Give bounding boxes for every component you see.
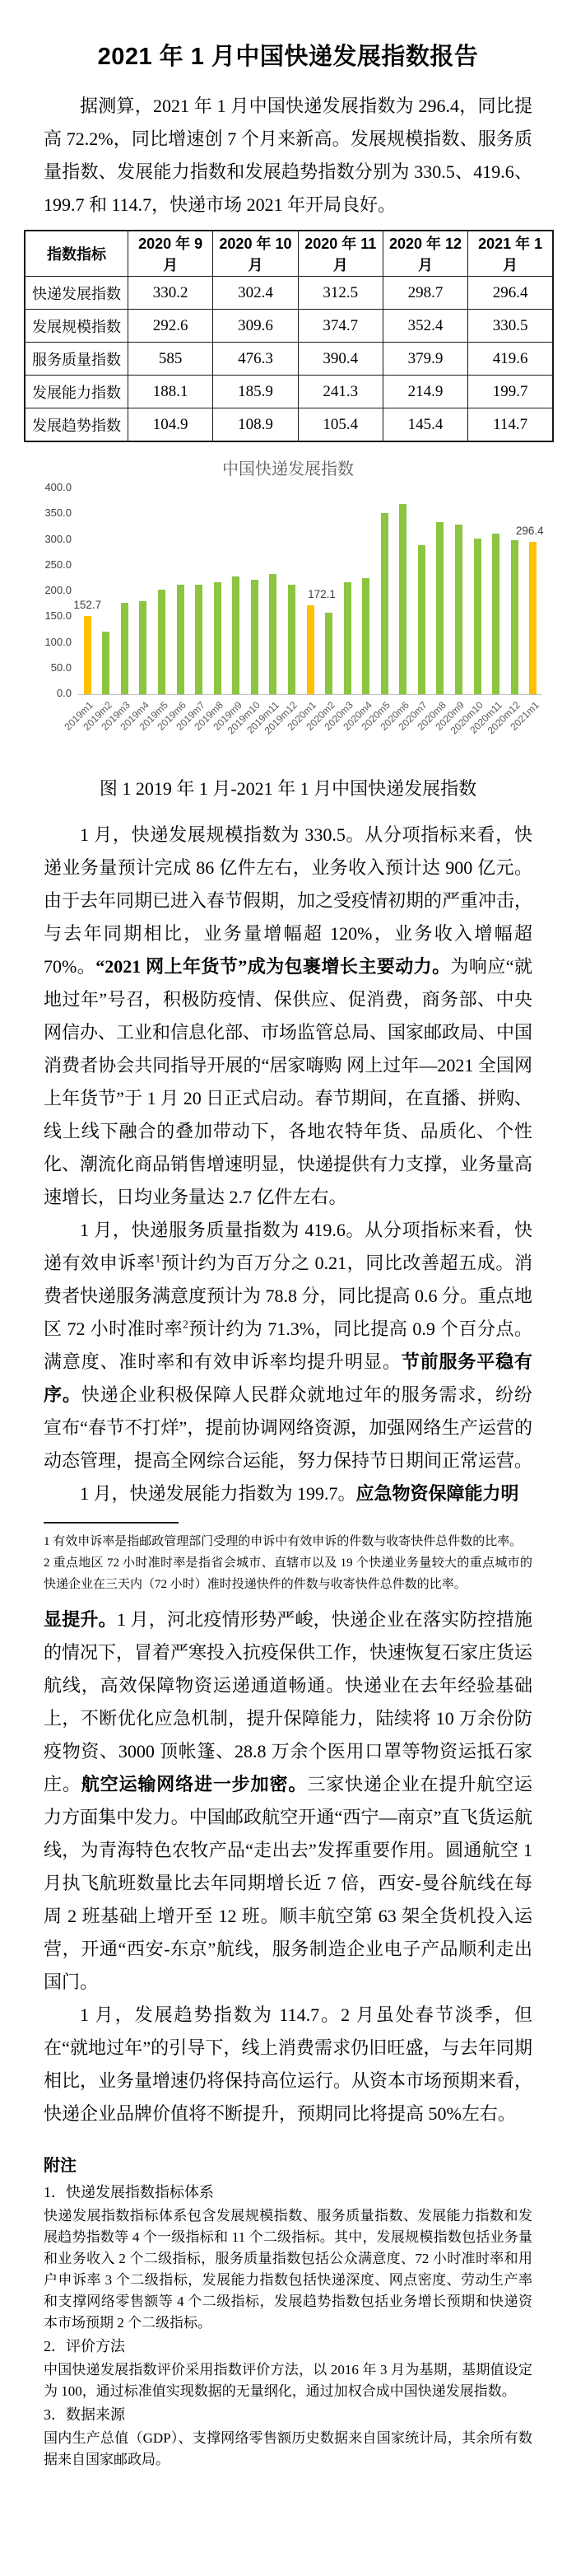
- chart-bar: [381, 513, 388, 694]
- notes-section: 附注 1．快递发展指数指标体系快递发展指数指标体系包含发展规模指数、服务质量指数…: [44, 2152, 532, 2471]
- table-header-cell: 2020 年 10 月: [213, 231, 298, 277]
- footnotes-block: 1 有效申诉率是指邮政管理部门受理的申诉中有效申诉的件数与收寄快件总件数的比率。…: [44, 1522, 532, 1595]
- table-cell: 214.9: [383, 376, 467, 408]
- bold-text: 应急物资保障能力明: [356, 1483, 519, 1504]
- table-cell: 309.6: [213, 310, 298, 343]
- table-cell: 292.6: [128, 310, 213, 343]
- table-row: 快递发展指数330.2302.4312.5298.7296.4: [25, 277, 553, 310]
- table-cell: 145.4: [383, 408, 467, 442]
- chart-bar: [511, 540, 518, 694]
- row-label: 服务质量指数: [25, 343, 128, 376]
- table-header-cell: 2020 年 11 月: [298, 231, 383, 277]
- y-axis-label: 50.0: [24, 661, 72, 674]
- bar-data-label: 152.7: [61, 599, 114, 611]
- figure-caption: 图 1 2019 年 1 月-2021 年 1 月中国快递发展指数: [24, 775, 552, 800]
- note-heading: 2．评价方法: [44, 2334, 532, 2359]
- table-cell: 199.7: [468, 376, 553, 408]
- table-cell: 476.3: [213, 343, 298, 376]
- table-header-cell: 2021 年 1 月: [468, 231, 553, 277]
- bold-text: “2021 网上年货节”成为包裹增长主要动力。: [95, 956, 450, 977]
- note-body: 快递发展指数指标体系包含发展规模指数、服务质量指数、发展能力指数和发展趋势指数等…: [44, 2205, 532, 2334]
- table-cell: 330.2: [128, 277, 213, 310]
- y-axis-label: 250.0: [24, 558, 72, 571]
- paragraph-capability-lead: 1 月，快递发展能力指数为 199.7。应急物资保障能力明: [44, 1477, 532, 1510]
- chart-bar: [474, 539, 481, 694]
- y-axis-label: 200.0: [24, 584, 72, 596]
- table-cell: 390.4: [298, 343, 383, 376]
- table-cell: 379.9: [383, 343, 467, 376]
- table-cell: 114.7: [468, 408, 553, 442]
- paragraph-trend: 1 月，发展趋势指数为 114.7。2 月虽处春节淡季，但在“就地过年”的引导下…: [44, 1999, 532, 2130]
- chart-bar: [177, 585, 184, 694]
- table-header-cell: 2020 年 9 月: [128, 231, 213, 277]
- y-axis-label: 350.0: [24, 506, 72, 519]
- chart-bar: [84, 616, 91, 694]
- note-heading: 3．数据来源: [44, 2402, 532, 2428]
- chart-bar: [529, 542, 537, 694]
- table-cell: 302.4: [213, 277, 298, 310]
- footnote-separator: [44, 1522, 179, 1524]
- bar-data-label: 172.1: [295, 588, 348, 600]
- report-content: 2021 年 1 月中国快递发展指数报告 据测算，2021 年 1 月中国快递发…: [0, 0, 576, 2471]
- chart-bar: [121, 603, 128, 694]
- table-cell: 296.4: [468, 277, 553, 310]
- table-cell: 188.1: [128, 376, 213, 408]
- text: 1 月，发展趋势指数为 114.7。2 月虽处春节淡季，但在“就地过年”的引导下…: [44, 2004, 532, 2124]
- x-axis-line: [78, 694, 542, 695]
- table-body: 快递发展指数330.2302.4312.5298.7296.4发展规模指数292…: [25, 277, 553, 442]
- y-axis-label: 400.0: [24, 481, 72, 493]
- notes-list: 1．快递发展指数指标体系快递发展指数指标体系包含发展规模指数、服务质量指数、发展…: [44, 2180, 532, 2471]
- chart-bar: [195, 585, 202, 694]
- chart-title: 中国快递发展指数: [24, 455, 552, 479]
- chart-bar: [325, 613, 332, 694]
- table-cell: 374.7: [298, 310, 383, 343]
- notes-title: 附注: [44, 2152, 532, 2180]
- text: 三家快递企业在提升航空运力方面集中发力。中国邮政航空开通“西宁—南京”直飞货运航…: [44, 1774, 532, 1992]
- paragraph-capability-rest: 显提升。1 月，河北疫情形势严峻，快递企业在落实防控措施的情况下，冒着严寒投入抗…: [44, 1603, 532, 1999]
- text: 为响应“就地过年”号召，积极防疫情、保供应、促消费，商务部、中央网信办、工业和信…: [44, 956, 532, 1207]
- text: 据测算，2021 年 1 月中国快递发展指数为 296.4，同比提高 72.2%…: [44, 96, 532, 215]
- row-label: 发展规模指数: [25, 310, 128, 343]
- chart-bar: [158, 590, 165, 694]
- bold-text: 航空运输网络进一步加密。: [81, 1774, 308, 1794]
- table-row: 发展能力指数188.1185.9241.3214.9199.7: [25, 376, 553, 408]
- chart-bar: [344, 582, 351, 694]
- footnote-list: 1 有效申诉率是指邮政管理部门受理的申诉中有效申诉的件数与收寄快件总件数的比率。…: [44, 1531, 532, 1595]
- table-cell: 419.6: [468, 343, 553, 376]
- table-row: 发展趋势指数104.9108.9105.4145.4114.7: [25, 408, 553, 442]
- paragraph-scale: 1 月，快递发展规模指数为 330.5。从分项指标来看，快递业务量预计完成 86…: [44, 819, 532, 1214]
- bar-chart: 中国快递发展指数 0.050.0100.0150.0200.0250.0300.…: [24, 449, 552, 763]
- report-page: 2021 年 1 月中国快递发展指数报告 据测算，2021 年 1 月中国快递发…: [0, 0, 576, 2576]
- table-cell: 108.9: [213, 408, 298, 442]
- y-axis-label: 150.0: [24, 609, 72, 622]
- chart-bar: [102, 632, 109, 694]
- chart-bar: [436, 522, 444, 694]
- row-label: 发展趋势指数: [25, 408, 128, 442]
- y-axis-label: 100.0: [24, 636, 72, 648]
- table-row: 发展规模指数292.6309.6374.7352.4330.5: [25, 310, 553, 343]
- table-cell: 298.7: [383, 277, 467, 310]
- footnote: 1 有效申诉率是指邮政管理部门受理的申诉中有效申诉的件数与收寄快件总件数的比率。: [44, 1531, 532, 1552]
- table-row: 服务质量指数585476.3390.4379.9419.6: [25, 343, 553, 376]
- chart-bar: [251, 580, 258, 694]
- note-heading: 1．快递发展指数指标体系: [44, 2180, 532, 2205]
- paragraph-quality: 1 月，快递服务质量指数为 419.6。从分项指标来看，快递有效申诉率1预计约为…: [44, 1214, 532, 1477]
- table-cell: 104.9: [128, 408, 213, 442]
- table-cell: 352.4: [383, 310, 467, 343]
- text: 1 月，河北疫情形势严峻，快递企业在落实防控措施的情况下，冒着严寒投入抗疫保供工…: [44, 1609, 532, 1794]
- footnote-ref: 2: [183, 1318, 188, 1331]
- bold-text: 显提升。: [44, 1609, 117, 1630]
- chart-bar: [307, 605, 314, 694]
- table-cell: 185.9: [213, 376, 298, 408]
- footnote: 2 重点地区 72 小时准时率是指省会城市、直辖市以及 19 个快递业务量较大的…: [44, 1552, 532, 1595]
- table-header-row: 指数指标2020 年 9 月2020 年 10 月2020 年 11 月2020…: [25, 231, 553, 277]
- y-axis-label: 0.0: [24, 687, 72, 699]
- chart-bar: [214, 582, 221, 694]
- row-label: 快递发展指数: [25, 277, 128, 310]
- page-title: 2021 年 1 月中国快递发展指数报告: [24, 0, 552, 72]
- paragraph-intro: 据测算，2021 年 1 月中国快递发展指数为 296.4，同比提高 72.2%…: [44, 90, 532, 222]
- y-axis-label: 300.0: [24, 533, 72, 545]
- note-body: 国内生产总值（GDP）、支撑网络零售额历史数据来自国家统计局，其余所有数据来自国…: [44, 2428, 532, 2471]
- chart-bar: [232, 576, 239, 694]
- chart-bar: [418, 545, 425, 694]
- row-label: 发展能力指数: [25, 376, 128, 408]
- text: 快递企业积极保障人民群众就地过年的服务需求，纷纷宣布“春节不打烊”，提前协调网络…: [44, 1384, 532, 1471]
- chart-bar: [139, 601, 146, 694]
- index-table: 指数指标2020 年 9 月2020 年 10 月2020 年 11 月2020…: [24, 230, 554, 442]
- table-cell: 312.5: [298, 277, 383, 310]
- chart-bar: [362, 578, 369, 694]
- note-body: 中国快递发展指数评价采用指数评价方法，以 2016 年 3 月为基期，基期值设定…: [44, 2359, 532, 2402]
- table-cell: 241.3: [298, 376, 383, 408]
- chart-bar: [492, 534, 499, 694]
- text: 1 月，快递发展规模指数为 330.5。从分项指标来看，快递业务量预计完成 86…: [44, 824, 532, 977]
- table-cell: 330.5: [468, 310, 553, 343]
- text: 1 月，快递发展能力指数为 199.7。: [80, 1483, 356, 1504]
- table-cell: 105.4: [298, 408, 383, 442]
- table-header-cell: 指数指标: [25, 231, 128, 277]
- table-header-cell: 2020 年 12 月: [383, 231, 467, 277]
- table-cell: 585: [128, 343, 213, 376]
- chart-bar: [399, 504, 406, 694]
- bar-data-label: 296.4: [504, 525, 556, 537]
- chart-bar: [288, 585, 295, 694]
- chart-bar: [455, 525, 462, 694]
- chart-bar: [269, 574, 276, 694]
